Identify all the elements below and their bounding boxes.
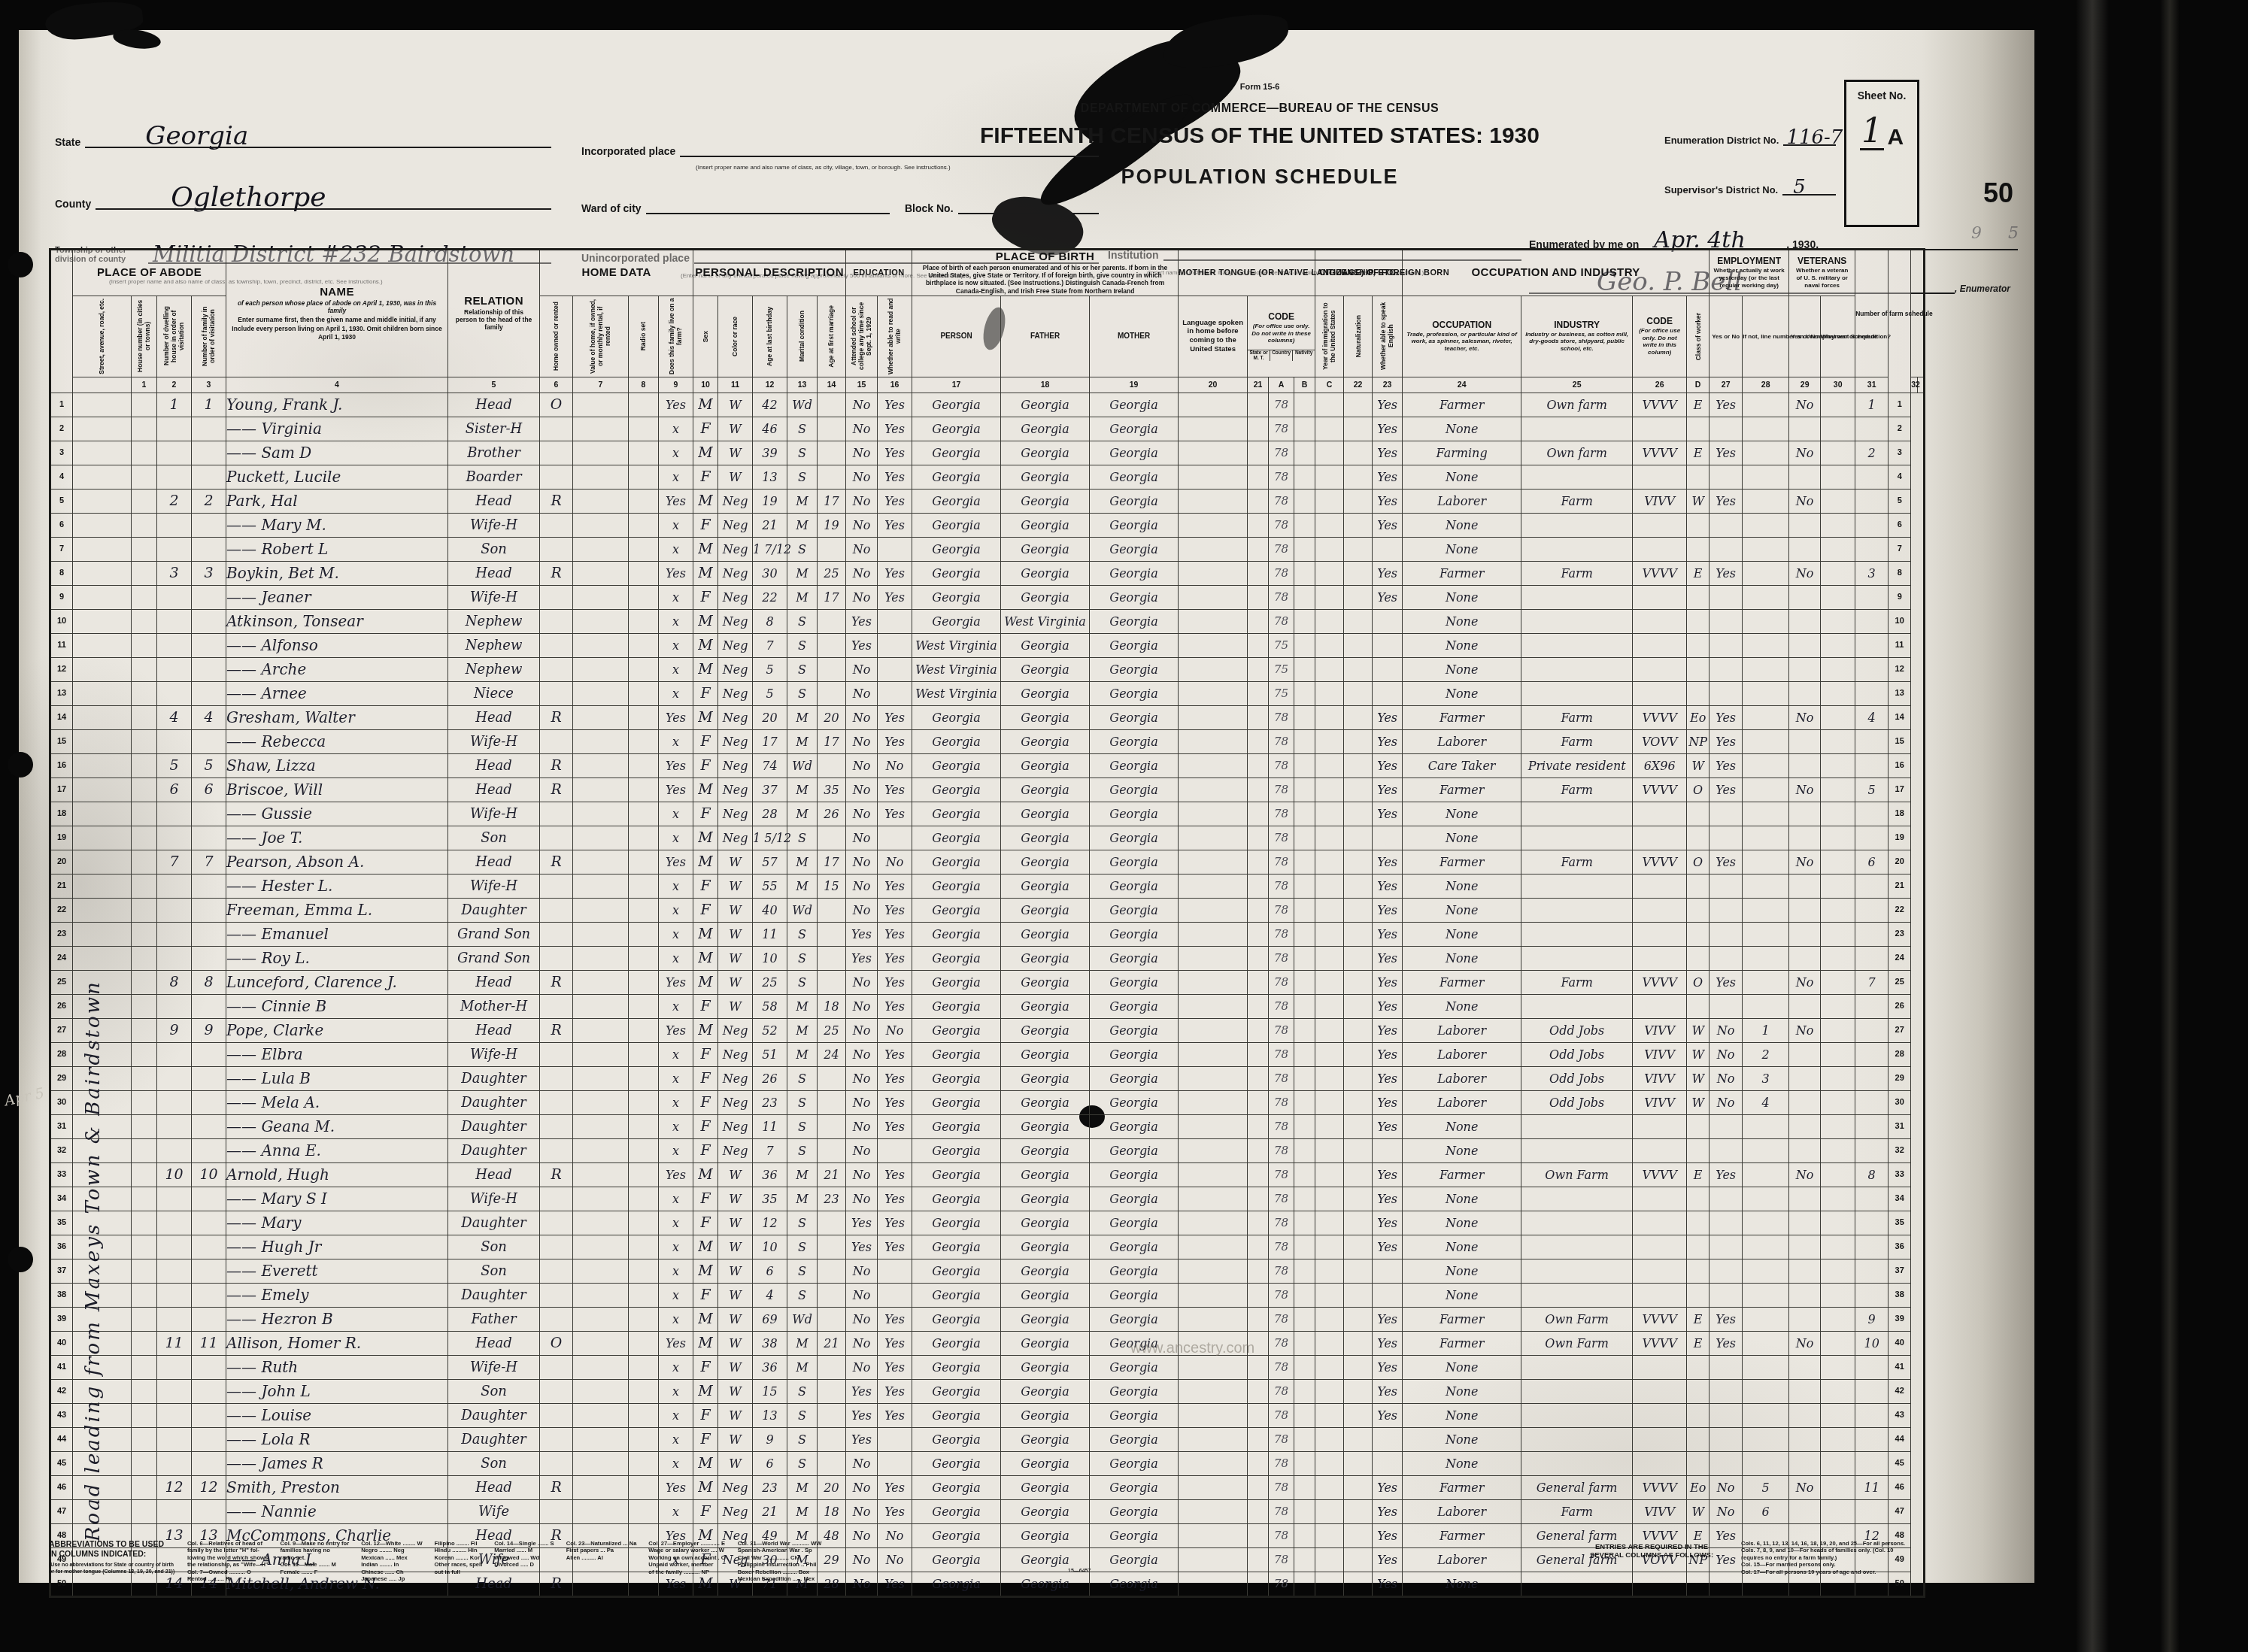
cell-fm <box>192 898 226 922</box>
cell-dw <box>157 537 192 561</box>
cell-fa: x <box>659 441 693 465</box>
cell-am <box>818 826 846 850</box>
cell-sc: No <box>846 1066 878 1090</box>
cell-ln: 19 <box>50 826 73 850</box>
cell-rl: Wife-H <box>448 1042 540 1066</box>
cell-hm <box>540 1283 573 1307</box>
cell-ag: 13 <box>753 1403 787 1427</box>
cell-hn <box>132 946 157 970</box>
cell-fs: 4 <box>1855 705 1889 729</box>
cell-hn <box>132 1259 157 1283</box>
cell-in <box>1521 1187 1633 1211</box>
cell-rl: Daughter <box>448 898 540 922</box>
cell-ca <box>1248 1211 1269 1235</box>
cell-cd <box>1633 681 1687 705</box>
census-row: 12—— ArcheNephewxMNeg5SNoWest VirginiaGe… <box>50 657 1925 681</box>
cell-oc: None <box>1403 1427 1521 1451</box>
cell-cb: 78 <box>1269 1355 1294 1379</box>
cell-sx: M <box>693 1018 718 1042</box>
name-desc-1: of each person whose place of abode on A… <box>226 299 447 315</box>
cell-lg <box>1179 1138 1248 1162</box>
cell-cw <box>1687 1427 1710 1451</box>
cell-im <box>1315 465 1344 489</box>
cell-pf: Georgia <box>1001 561 1090 585</box>
cell-pf: Georgia <box>1001 1259 1090 1283</box>
cell-lr: 10 <box>1889 609 1911 633</box>
cell-fs <box>1855 1499 1889 1523</box>
cell-ln: 1 <box>50 393 73 417</box>
cell-in: Farm <box>1521 489 1633 513</box>
cell-pf: Georgia <box>1001 1307 1090 1331</box>
cell-in: Own Farm <box>1521 1307 1633 1331</box>
cell-rl: Niece <box>448 681 540 705</box>
cell-ag: 12 <box>753 1211 787 1235</box>
cell-rl: Head <box>448 753 540 778</box>
cell-rd <box>629 537 659 561</box>
cell-vl <box>573 1403 629 1427</box>
cell-vl <box>573 922 629 946</box>
name-title: NAME <box>226 286 447 299</box>
cell-pf: Georgia <box>1001 850 1090 874</box>
cell-ue <box>1743 537 1789 561</box>
cell-em: No <box>1710 1018 1743 1042</box>
cell-en: Yes <box>1373 1403 1403 1427</box>
cell-cc <box>1294 1018 1315 1042</box>
abbreviation-block: Col. 6—Relatives of head of family by th… <box>187 1540 268 1583</box>
sheet-label: Sheet No. <box>1846 89 1917 102</box>
cell-oc: None <box>1403 1259 1521 1283</box>
cell-en: Yes <box>1373 417 1403 441</box>
cell-pf: Georgia <box>1001 633 1090 657</box>
cell-sc: Yes <box>846 1235 878 1259</box>
cell-lr: 40 <box>1889 1331 1911 1355</box>
cell-vl <box>573 1018 629 1042</box>
cell-mc: S <box>787 441 818 465</box>
column-number: 2 <box>157 377 192 393</box>
cell-pf: Georgia <box>1001 1355 1090 1379</box>
column-number: 31 <box>1855 377 1889 393</box>
abbreviation-block: Col. 9—Make no entry for families having… <box>281 1540 350 1583</box>
column-number: D <box>1687 377 1710 393</box>
cell-wr <box>1821 537 1855 561</box>
cell-oc: Farmer <box>1403 1475 1521 1499</box>
cell-cw: E <box>1687 1162 1710 1187</box>
cell-fs <box>1855 1403 1889 1427</box>
cell-pf: Georgia <box>1001 1235 1090 1259</box>
cell-pf: Georgia <box>1001 898 1090 922</box>
relation-desc: Relationship of this person to the head … <box>448 308 539 332</box>
cell-hm: O <box>540 1331 573 1355</box>
cell-rl: Head <box>448 1018 540 1042</box>
cell-dw: 9 <box>157 1018 192 1042</box>
cell-vl <box>573 994 629 1018</box>
cell-hm: R <box>540 850 573 874</box>
cell-im <box>1315 585 1344 609</box>
cell-sx: F <box>693 465 718 489</box>
cell-fm <box>192 1283 226 1307</box>
cell-in <box>1521 681 1633 705</box>
column-number: 14 <box>818 377 846 393</box>
cell-fs <box>1855 1114 1889 1138</box>
cell-lg <box>1179 705 1248 729</box>
cell-lr: 46 <box>1889 1475 1911 1499</box>
col-naturalization-header: Naturalization <box>1344 296 1373 377</box>
cell-in: Odd Jobs <box>1521 1018 1633 1042</box>
cell-en: Yes <box>1373 850 1403 874</box>
cell-sx: M <box>693 1162 718 1187</box>
cell-pb: Georgia <box>912 1018 1001 1042</box>
cell-dw: 11 <box>157 1331 192 1355</box>
cell-fa: Yes <box>659 489 693 513</box>
cell-ca <box>1248 1090 1269 1114</box>
cell-cw: Eo <box>1687 1475 1710 1499</box>
cell-fm: 9 <box>192 1018 226 1042</box>
cell-ln: 8 <box>50 561 73 585</box>
cell-nm: Allison, Homer R. <box>226 1331 448 1355</box>
col-industry-header: INDUSTRY Industry or business, as cotton… <box>1521 296 1633 377</box>
cell-sx: M <box>693 537 718 561</box>
cell-am <box>818 633 846 657</box>
cell-cb: 78 <box>1269 729 1294 753</box>
cell-in <box>1521 802 1633 826</box>
cell-wr <box>1821 1379 1855 1403</box>
cell-nt <box>1344 681 1373 705</box>
cell-cd <box>1633 657 1687 681</box>
cell-hm <box>540 1187 573 1211</box>
cell-nt <box>1344 1307 1373 1331</box>
cell-vt <box>1789 1042 1821 1066</box>
margin-road-note: Road leading from Maxeys Town & Bairdsto… <box>82 489 105 1541</box>
cell-lg <box>1179 850 1248 874</box>
cell-nm: —— Lola R <box>226 1427 448 1451</box>
cell-em <box>1710 1379 1743 1403</box>
cell-en: Yes <box>1373 1475 1403 1499</box>
cell-em <box>1710 585 1743 609</box>
cell-wr <box>1821 681 1855 705</box>
citizenship-header: CITIZENSHIP, ETC. <box>1315 250 1403 296</box>
cell-cr: W <box>718 417 753 441</box>
cell-fs <box>1855 1355 1889 1379</box>
cell-hn <box>132 970 157 994</box>
cell-sc: No <box>846 1090 878 1114</box>
cell-hn <box>132 994 157 1018</box>
cell-vl <box>573 537 629 561</box>
cell-ag: 4 <box>753 1283 787 1307</box>
cell-ag: 58 <box>753 994 787 1018</box>
cell-nm: Puckett, Lucile <box>226 465 448 489</box>
cell-cc <box>1294 705 1315 729</box>
cell-em: Yes <box>1710 705 1743 729</box>
cell-ca <box>1248 513 1269 537</box>
cell-ue <box>1743 874 1789 898</box>
cell-sc: No <box>846 417 878 441</box>
cell-am: 35 <box>818 778 846 802</box>
cell-em: Yes <box>1710 393 1743 417</box>
column-number: 25 <box>1521 377 1633 393</box>
cell-in <box>1521 513 1633 537</box>
cell-sc: No <box>846 465 878 489</box>
cell-im <box>1315 417 1344 441</box>
cell-wr <box>1821 1018 1855 1042</box>
cell-en: Yes <box>1373 994 1403 1018</box>
cell-fs <box>1855 802 1889 826</box>
cell-rl: Sister-H <box>448 417 540 441</box>
cell-am <box>818 441 846 465</box>
cell-pb: Georgia <box>912 1138 1001 1162</box>
cell-fm <box>192 1138 226 1162</box>
cell-fa: Yes <box>659 705 693 729</box>
cell-hm <box>540 609 573 633</box>
cell-hm <box>540 465 573 489</box>
cell-fs <box>1855 994 1889 1018</box>
cell-ca <box>1248 874 1269 898</box>
cell-nt <box>1344 609 1373 633</box>
cell-rl: Daughter <box>448 1090 540 1114</box>
cell-sc: No <box>846 393 878 417</box>
cell-ue <box>1743 1283 1789 1307</box>
cell-vt <box>1789 874 1821 898</box>
cell-rl: Boarder <box>448 465 540 489</box>
cell-im <box>1315 1235 1344 1259</box>
cell-nt <box>1344 970 1373 994</box>
cell-am: 18 <box>818 1499 846 1523</box>
cell-oc: None <box>1403 1187 1521 1211</box>
cell-ca <box>1248 1307 1269 1331</box>
cell-cr: W <box>718 1403 753 1427</box>
cell-em: Yes <box>1710 753 1743 778</box>
cell-vl <box>573 585 629 609</box>
cell-fm <box>192 826 226 850</box>
column-number: 26 <box>1633 377 1687 393</box>
cell-pm: Georgia <box>1090 1427 1179 1451</box>
cell-sc: Yes <box>846 946 878 970</box>
cell-rw: Yes <box>878 1090 912 1114</box>
cell-ca <box>1248 1018 1269 1042</box>
column-number: B <box>1294 377 1315 393</box>
cell-wr <box>1821 393 1855 417</box>
cell-hn <box>132 778 157 802</box>
cell-am: 18 <box>818 994 846 1018</box>
code-desc: (For office use only. Do not write in th… <box>1248 322 1315 345</box>
population-schedule-table: PLACE OF ABODE NAME of each person whose… <box>49 248 1925 1598</box>
cell-fs: 2 <box>1855 441 1889 465</box>
cell-fs: 7 <box>1855 970 1889 994</box>
cell-rw: Yes <box>878 1379 912 1403</box>
cell-cr: W <box>718 1451 753 1475</box>
column-number: 16 <box>878 377 912 393</box>
cell-ln: 42 <box>50 1379 73 1403</box>
census-title: FIFTEENTH CENSUS OF THE UNITED STATES: 1… <box>906 123 1613 149</box>
cell-in <box>1521 1355 1633 1379</box>
cell-vt <box>1789 537 1821 561</box>
abbreviation-block: Col. 31—World War ........... WW Spanish… <box>738 1540 822 1583</box>
cell-sx: M <box>693 705 718 729</box>
cell-fs <box>1855 513 1889 537</box>
cell-hn <box>132 1162 157 1187</box>
cell-en: Yes <box>1373 465 1403 489</box>
cell-vt <box>1789 681 1821 705</box>
cell-en: Yes <box>1373 513 1403 537</box>
cell-pb: Georgia <box>912 1259 1001 1283</box>
cell-cc <box>1294 898 1315 922</box>
cell-oc: None <box>1403 922 1521 946</box>
veterans-desc: Whether a veteran of U. S. military or n… <box>1789 266 1855 289</box>
cell-sc: Yes <box>846 1379 878 1403</box>
cell-vl <box>573 778 629 802</box>
cell-nm: —— Arche <box>226 657 448 681</box>
pob-title: PLACE OF BIRTH <box>912 250 1178 263</box>
cell-pm: Georgia <box>1090 970 1179 994</box>
cell-fa: x <box>659 1235 693 1259</box>
cell-sc: No <box>846 802 878 826</box>
cell-lr: 17 <box>1889 778 1911 802</box>
cell-dw <box>157 994 192 1018</box>
cell-im <box>1315 1114 1344 1138</box>
cell-fs: 1 <box>1855 393 1889 417</box>
cell-pm: Georgia <box>1090 657 1179 681</box>
cell-ue <box>1743 778 1789 802</box>
cell-sx: F <box>693 1187 718 1211</box>
cell-fm: 7 <box>192 850 226 874</box>
cell-hn <box>132 1403 157 1427</box>
cell-cw <box>1687 1355 1710 1379</box>
cell-pf: Georgia <box>1001 537 1090 561</box>
cell-cd <box>1633 465 1687 489</box>
cell-am <box>818 753 846 778</box>
cell-hm <box>540 729 573 753</box>
cell-im <box>1315 1138 1344 1162</box>
cell-im <box>1315 1066 1344 1090</box>
cell-ag: 74 <box>753 753 787 778</box>
cell-cb: 78 <box>1269 1403 1294 1427</box>
cell-en: Yes <box>1373 393 1403 417</box>
col-employment-yesno-header: Yes or No <box>1710 296 1743 377</box>
cell-ag: 1 7/12 <box>753 537 787 561</box>
cell-fs <box>1855 922 1889 946</box>
cell-ue: 2 <box>1743 1042 1789 1066</box>
cell-em <box>1710 1138 1743 1162</box>
cell-ln: 13 <box>50 681 73 705</box>
cell-in <box>1521 1283 1633 1307</box>
cell-cc <box>1294 609 1315 633</box>
cell-ag: 5 <box>753 681 787 705</box>
cell-fm: 1 <box>192 393 226 417</box>
cell-en <box>1373 657 1403 681</box>
cell-nt <box>1344 441 1373 465</box>
cell-vl <box>573 729 629 753</box>
cell-oc: Laborer <box>1403 729 1521 753</box>
cell-rl: Wife <box>448 1499 540 1523</box>
abbreviations-title: ABBREVIATIONS TO BE USED IN COLUMNS INDI… <box>49 1540 175 1559</box>
cell-cw <box>1687 898 1710 922</box>
cell-fs <box>1855 1283 1889 1307</box>
cell-cr: W <box>718 1355 753 1379</box>
cell-rw: Yes <box>878 585 912 609</box>
cell-cd <box>1633 1138 1687 1162</box>
cell-fa: x <box>659 513 693 537</box>
cell-ag: 15 <box>753 1379 787 1403</box>
column-number: 27 <box>1710 377 1743 393</box>
cell-cd <box>1633 1235 1687 1259</box>
cell-cd <box>1633 874 1687 898</box>
cell-cw: O <box>1687 850 1710 874</box>
cell-oc: Laborer <box>1403 1018 1521 1042</box>
cell-pm: Georgia <box>1090 1259 1179 1283</box>
cell-rd <box>629 633 659 657</box>
cell-ag: 37 <box>753 778 787 802</box>
cell-lg <box>1179 633 1248 657</box>
cell-in <box>1521 1138 1633 1162</box>
cell-dw <box>157 874 192 898</box>
cell-cc <box>1294 1451 1315 1475</box>
cell-lr: 21 <box>1889 874 1911 898</box>
cell-am: 25 <box>818 1018 846 1042</box>
cell-wr <box>1821 826 1855 850</box>
cell-cr: W <box>718 1259 753 1283</box>
census-row: 43—— LouiseDaughterxFW13SYesYesGeorgiaGe… <box>50 1403 1925 1427</box>
cell-rw: Yes <box>878 946 912 970</box>
cell-fs <box>1855 1211 1889 1235</box>
cell-rl: Wife-H <box>448 874 540 898</box>
cell-ue <box>1743 850 1789 874</box>
cell-rl: Grand Son <box>448 946 540 970</box>
cell-mc: S <box>787 826 818 850</box>
cell-ln: 29 <box>50 1066 73 1090</box>
cell-cd <box>1633 1403 1687 1427</box>
cell-hm: R <box>540 561 573 585</box>
cell-fm <box>192 465 226 489</box>
cell-pf: Georgia <box>1001 1138 1090 1162</box>
cell-lg <box>1179 513 1248 537</box>
cell-cr: W <box>718 1379 753 1403</box>
cell-em <box>1710 898 1743 922</box>
cell-wr <box>1821 922 1855 946</box>
cell-sx: F <box>693 585 718 609</box>
census-row: 38—— EmelyDaughterxFW4SNoGeorgiaGeorgiaG… <box>50 1283 1925 1307</box>
cell-oc: None <box>1403 1451 1521 1475</box>
relation-header: RELATION Relationship of this person to … <box>448 250 540 377</box>
cell-ca <box>1248 1499 1269 1523</box>
cell-fa: x <box>659 729 693 753</box>
cell-ue <box>1743 681 1789 705</box>
binder-hole <box>8 752 33 778</box>
cell-oc: None <box>1403 1355 1521 1379</box>
cell-nt <box>1344 946 1373 970</box>
cell-rl: Wife-H <box>448 1187 540 1211</box>
cell-wr <box>1821 1427 1855 1451</box>
cell-rw: Yes <box>878 1307 912 1331</box>
cell-ue <box>1743 1427 1789 1451</box>
cell-rd <box>629 874 659 898</box>
cell-em <box>1710 874 1743 898</box>
cell-nm: —— Mela A. <box>226 1090 448 1114</box>
cell-vt <box>1789 729 1821 753</box>
cell-cw <box>1687 826 1710 850</box>
census-row: 42—— John LSonxMW15SYesYesGeorgiaGeorgia… <box>50 1379 1925 1403</box>
cell-sx: F <box>693 994 718 1018</box>
block-label: Block No. <box>905 203 958 214</box>
cell-wr <box>1821 465 1855 489</box>
code-columns-header: CODE (For office use only. Do not write … <box>1248 296 1315 377</box>
cell-in <box>1521 417 1633 441</box>
cell-cc <box>1294 1379 1315 1403</box>
cell-nt <box>1344 537 1373 561</box>
cell-rw <box>878 657 912 681</box>
cell-ca <box>1248 778 1269 802</box>
cell-em: Yes <box>1710 489 1743 513</box>
cell-lg <box>1179 1235 1248 1259</box>
cell-fs <box>1855 898 1889 922</box>
